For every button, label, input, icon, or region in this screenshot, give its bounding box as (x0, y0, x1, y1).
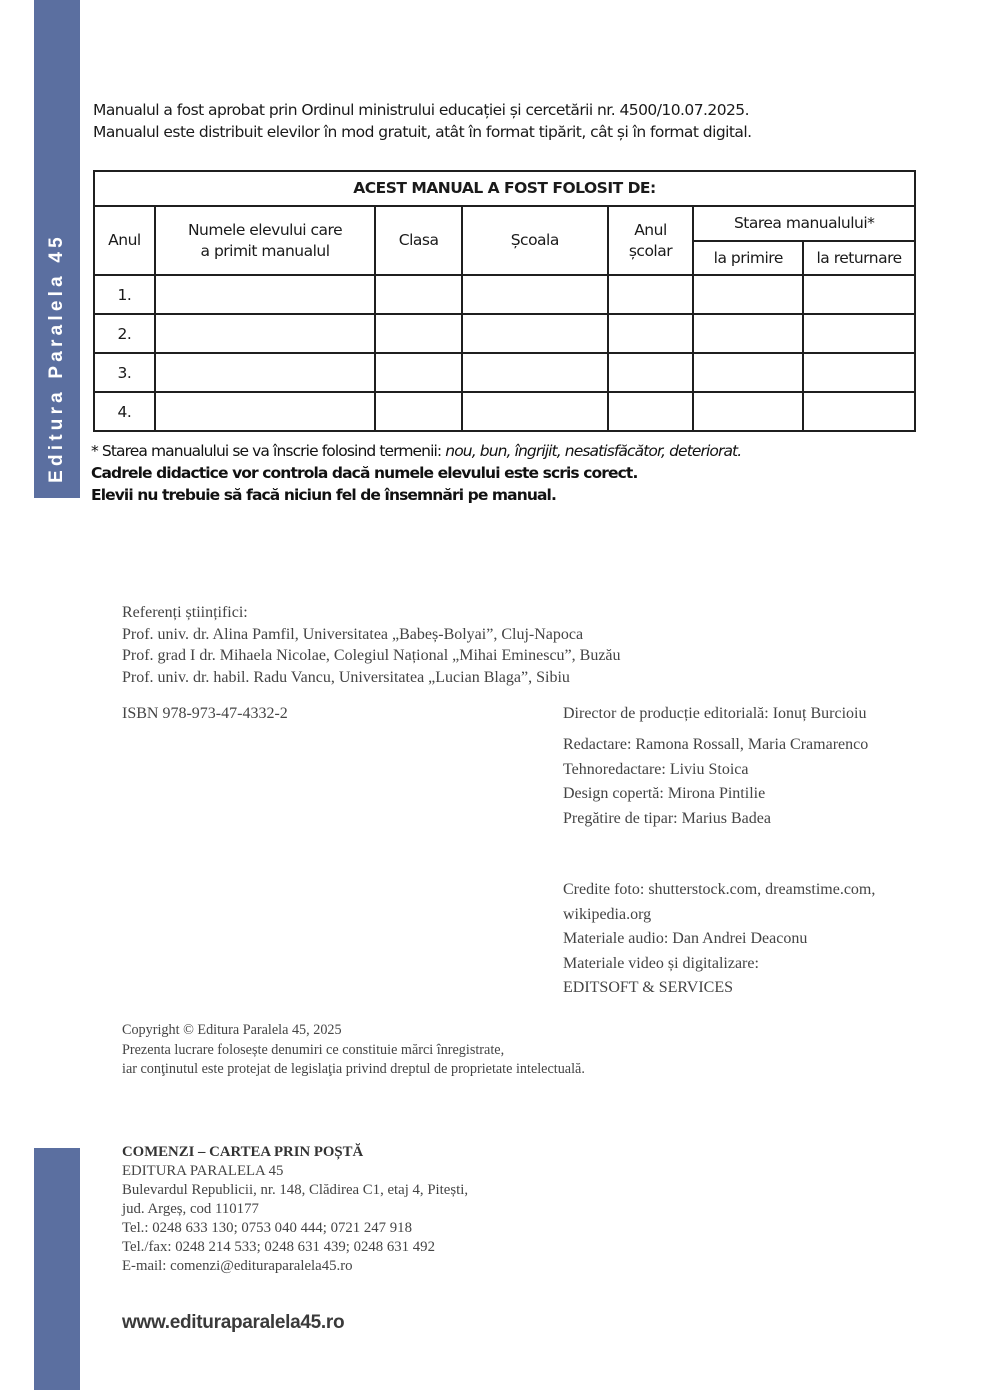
header-school-year-line2: școlar (609, 241, 693, 262)
copyright-line: Copyright © Editura Paralela 45, 2025 (122, 1021, 585, 1041)
cell-name[interactable] (155, 392, 375, 431)
orders-publisher: EDITURA PARALELA 45 (122, 1162, 468, 1181)
condition-note: * Starea manualului se va înscrie folosi… (91, 440, 741, 462)
cell-school-year[interactable] (608, 314, 694, 353)
cell-school[interactable] (462, 392, 608, 431)
header-on-receipt: la primire (693, 241, 803, 275)
orders-contact: COMENZI – CARTEA PRIN POȘTĂ EDITURA PARA… (122, 1143, 468, 1276)
cell-class[interactable] (375, 275, 462, 314)
table-row: 2. (94, 314, 915, 353)
credit-line: Materiale audio: Dan Andrei Deaconu (563, 927, 875, 952)
header-school: Școala (462, 206, 608, 275)
cell-on-receipt[interactable] (693, 314, 803, 353)
approval-line-1: Manualul a fost aprobat prin Ordinul min… (93, 99, 751, 121)
header-student-name: Numele elevului care a primit manualul (155, 206, 375, 275)
cell-name[interactable] (155, 314, 375, 353)
scientific-referents: Referenți științifici: Prof. univ. dr. A… (122, 602, 621, 688)
cell-year: 4. (94, 392, 155, 431)
usage-notes: * Starea manualului se va înscrie folosi… (91, 440, 741, 506)
header-school-year-line1: Anul (609, 220, 693, 241)
cell-name[interactable] (155, 353, 375, 392)
staff-item: Pregătire de tipar: Marius Badea (563, 807, 868, 832)
orders-email[interactable]: E-mail: comenzi@edituraparalela45.ro (122, 1257, 468, 1276)
referent-item: Prof. univ. dr. Alina Pamfil, Universita… (122, 624, 621, 646)
cell-school[interactable] (462, 275, 608, 314)
cell-year: 3. (94, 353, 155, 392)
cell-on-receipt[interactable] (693, 275, 803, 314)
header-condition: Starea manualului* (693, 206, 915, 241)
usage-table-title: ACEST MANUAL A FOST FOLOSIT DE: (94, 171, 915, 206)
cell-school[interactable] (462, 314, 608, 353)
table-row: 4. (94, 392, 915, 431)
cell-class[interactable] (375, 392, 462, 431)
staff-item: Tehnoredactare: Liviu Stoica (563, 758, 868, 783)
cell-on-return[interactable] (803, 314, 915, 353)
credit-line: Credite foto: shutterstock.com, dreamsti… (563, 878, 875, 903)
orders-address-line: jud. Argeș, cod 110177 (122, 1200, 468, 1219)
sidebar-band-bottom (34, 1148, 80, 1390)
cell-school[interactable] (462, 353, 608, 392)
header-student-name-line1: Numele elevului care (156, 220, 374, 241)
approval-notice: Manualul a fost aprobat prin Ordinul min… (93, 99, 751, 143)
production-staff: Redactare: Ramona Rossall, Maria Cramare… (563, 733, 868, 831)
header-on-return: la returnare (803, 241, 915, 275)
approval-line-2: Manualul este distribuit elevilor în mod… (93, 121, 751, 143)
copyright-notice: Copyright © Editura Paralela 45, 2025 Pr… (122, 1021, 585, 1080)
cell-school-year[interactable] (608, 275, 694, 314)
referent-item: Prof. grad I dr. Mihaela Nicolae, Colegi… (122, 645, 621, 667)
cell-school-year[interactable] (608, 353, 694, 392)
condition-terms: nou, bun, îngrijit, nesatisfăcător, dete… (445, 442, 741, 460)
cell-name[interactable] (155, 275, 375, 314)
media-credits: Credite foto: shutterstock.com, dreamsti… (563, 878, 875, 1001)
isbn: ISBN 978-973-47-4332-2 (122, 705, 288, 723)
publisher-vertical-label: Editura Paralela 45 (34, 235, 80, 480)
table-row: 3. (94, 353, 915, 392)
teachers-note: Cadrele didactice vor controla dacă nume… (91, 462, 741, 484)
cell-class[interactable] (375, 314, 462, 353)
condition-note-prefix: * Starea manualului se va înscrie folosi… (91, 442, 445, 460)
cell-year: 1. (94, 275, 155, 314)
cell-on-receipt[interactable] (693, 392, 803, 431)
table-row: 1. (94, 275, 915, 314)
cell-school-year[interactable] (608, 392, 694, 431)
orders-address-line: Bulevardul Republicii, nr. 148, Clădirea… (122, 1181, 468, 1200)
orders-phone: Tel.: 0248 633 130; 0753 040 444; 0721 2… (122, 1219, 468, 1238)
credit-line: EDITSOFT & SERVICES (563, 976, 875, 1001)
students-note: Elevii nu trebuie să facă niciun fel de … (91, 484, 741, 506)
header-year: Anul (94, 206, 155, 275)
cell-year: 2. (94, 314, 155, 353)
cell-on-return[interactable] (803, 275, 915, 314)
production-director: Director de producție editorială: Ionuț … (563, 705, 866, 723)
credit-line: Materiale video și digitalizare: (563, 952, 875, 977)
credit-line: wikipedia.org (563, 903, 875, 928)
header-class: Clasa (375, 206, 462, 275)
website-link[interactable]: www.edituraparalela45.ro (122, 1312, 344, 1334)
referents-heading: Referenți științifici: (122, 602, 621, 624)
header-school-year: Anul școlar (608, 206, 694, 275)
cell-on-receipt[interactable] (693, 353, 803, 392)
header-student-name-line2: a primit manualul (156, 241, 374, 262)
copyright-line: iar conţinutul este protejat de legislaţ… (122, 1060, 585, 1080)
usage-table: ACEST MANUAL A FOST FOLOSIT DE: Anul Num… (93, 170, 916, 432)
staff-item: Redactare: Ramona Rossall, Maria Cramare… (563, 733, 868, 758)
staff-item: Design copertă: Mirona Pintilie (563, 782, 868, 807)
copyright-line: Prezenta lucrare folosește denumiri ce c… (122, 1041, 585, 1061)
orders-title: COMENZI – CARTEA PRIN POȘTĂ (122, 1143, 468, 1162)
orders-fax: Tel./fax: 0248 214 533; 0248 631 439; 02… (122, 1238, 468, 1257)
cell-on-return[interactable] (803, 353, 915, 392)
cell-class[interactable] (375, 353, 462, 392)
publisher-label-text: Editura Paralela 45 (46, 233, 68, 483)
cell-on-return[interactable] (803, 392, 915, 431)
referent-item: Prof. univ. dr. habil. Radu Vancu, Unive… (122, 667, 621, 689)
